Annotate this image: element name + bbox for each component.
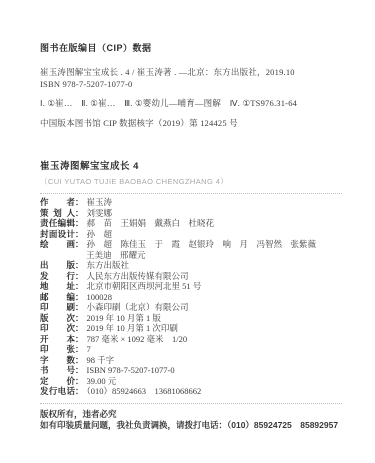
colophon-row-cover-design: 封面设计：孙 超 (40, 229, 342, 240)
field-value: 2019 年 10 月第 1 版 (87, 313, 161, 323)
field-value: 孙 超 陈佳玉 于 霞 赵银玲 响 月 冯智然 张紫薇 (87, 239, 317, 249)
field-label: 发行 (40, 271, 75, 282)
field-value: 2019 年 10 月第 1 次印刷 (87, 323, 178, 333)
field-value: 787 毫米 × 1092 毫米 1/20 (87, 334, 188, 344)
colophon-row-publisher: 出版：东方出版社 (40, 260, 342, 271)
field-value: （010）85924663 13681068662 (87, 386, 202, 396)
label-colon: ： (75, 355, 84, 365)
colophon-row-word-count: 字数：98 千字 (40, 355, 342, 366)
copyright-line: 版权所有，违者必究 (40, 409, 342, 421)
book-title: 崔玉涛图解宝宝成长 4 (40, 158, 342, 172)
field-value: 东方出版社 (87, 260, 130, 270)
field-value: 王美迪 邢耀元 (86, 250, 146, 260)
label-colon: ： (75, 197, 84, 207)
book-title-pinyin: （CUI YUTAO TUJIE BAOBAO CHENGZHANG 4） (40, 176, 342, 187)
field-label: 策划人 (40, 208, 75, 219)
field-label: 印刷 (40, 302, 75, 313)
field-value: 人民东方出版传媒有限公司 (87, 271, 189, 281)
field-value: 100028 (87, 292, 113, 302)
field-value: 98 千字 (87, 355, 115, 365)
colophon-row-sheets: 印张：7 (40, 344, 342, 355)
label-colon: ： (75, 365, 84, 375)
colophon-row-distributor: 发行：人民东方出版传媒有限公司 (40, 271, 342, 282)
field-label: 印次 (40, 323, 75, 334)
page-content: 图书在版编目（CIP）数据 崔玉涛图解宝宝成长 . 4 / 崔玉涛著 . —北京… (0, 0, 375, 432)
colophon-row-format: 开本：787 毫米 × 1092 毫米 1/20 (40, 334, 342, 345)
label-colon: ： (75, 344, 84, 354)
field-label: 作者 (40, 197, 75, 208)
field-value: 刘雯娜 (87, 208, 113, 218)
cip-isbn: ISBN 978-7-5207-1077-0 (40, 78, 342, 90)
field-value: 孙 超 (87, 229, 113, 239)
field-value: 北京市朝阳区西坝河北里 51 号 (87, 281, 202, 291)
colophon-row-printer: 印刷：小森印刷（北京）有限公司 (40, 302, 342, 313)
label-colon: ： (75, 334, 84, 344)
field-label: 开本 (40, 334, 75, 345)
field-label: 书号 (40, 365, 75, 376)
label-colon: ： (75, 281, 84, 291)
colophon-row-postcode: 邮编：100028 (40, 292, 342, 303)
cip-record-number: 中国版本图书馆 CIP 数据核字（2019）第 124425 号 (40, 117, 342, 129)
colophon-row-price: 定价：39.00 元 (40, 376, 342, 387)
label-colon: ： (75, 208, 84, 218)
field-value: 郝 苗 王娟娟 戴燕白 杜晓花 (87, 218, 215, 228)
field-label: 字数 (40, 355, 75, 366)
colophon-row-impression: 印次：2019 年 10 月第 1 次印刷 (40, 323, 342, 334)
field-label: 封面设计 (40, 229, 75, 240)
colophon: 作者：崔玉涛 策划人：刘雯娜 责任编辑：郝 苗 王娟娟 戴燕白 杜晓花 封面设计… (40, 197, 342, 397)
label-colon: ： (75, 313, 84, 323)
field-label: 邮编 (40, 292, 75, 303)
field-value: 39.00 元 (87, 376, 117, 386)
cip-classification: Ⅰ. ①崔… Ⅱ. ①崔… Ⅲ. ①婴幼儿—哺育—图解 Ⅳ. ①TS976.31… (40, 97, 342, 109)
colophon-row-sales-phone: 发行电话：（010）85924663 13681068662 (40, 386, 342, 397)
colophon-row-illustrators: 绘画：孙 超 陈佳玉 于 霞 赵银玲 响 月 冯智然 张紫薇 (40, 239, 342, 250)
label-colon: ： (75, 386, 84, 396)
field-label: 出版 (40, 260, 75, 271)
copyright-page: 图书在版编目（CIP）数据 崔玉涛图解宝宝成长 . 4 / 崔玉涛著 . —北京… (0, 0, 375, 463)
label-colon: ： (75, 229, 84, 239)
colophon-row-author: 作者：崔玉涛 (40, 197, 342, 208)
field-value: 崔玉涛 (87, 197, 113, 207)
colophon-row-book-number: 书号：ISBN 978-7-5207-1077-0 (40, 365, 342, 376)
field-label: 定价 (40, 376, 75, 387)
label-colon: ： (75, 323, 84, 333)
field-label: 版次 (40, 313, 75, 324)
colophon-row-address: 地址：北京市朝阳区西坝河北里 51 号 (40, 281, 342, 292)
label-colon: ： (75, 302, 84, 312)
field-value: 小森印刷（北京）有限公司 (87, 302, 189, 312)
field-label: 地址 (40, 281, 75, 292)
label-colon: ： (75, 239, 84, 249)
colophon-row-editors: 责任编辑：郝 苗 王娟娟 戴燕白 杜晓花 (40, 218, 342, 229)
label-colon: ： (75, 376, 84, 386)
field-value: 7 (87, 344, 91, 354)
field-label: 责任编辑 (40, 218, 75, 229)
field-label: 绘画 (40, 239, 75, 250)
field-label: 印张 (40, 344, 75, 355)
copyright-notice: 版权所有，违者必究 如有印装质量问题，我社负责调换，请拨打电话：（010）859… (40, 409, 342, 432)
quality-exchange-line: 如有印装质量问题，我社负责调换，请拨打电话：（010）85924725 8589… (40, 420, 342, 432)
dotted-divider-bottom (40, 403, 342, 404)
cip-bibliography-line: 崔玉涛图解宝宝成长 . 4 / 崔玉涛著 . —北京：东方出版社，2019.10 (40, 66, 342, 78)
cip-header: 图书在版编目（CIP）数据 (40, 41, 342, 54)
label-colon: ： (75, 260, 84, 270)
field-value: ISBN 978-7-5207-1077-0 (87, 365, 175, 375)
label-colon: ： (75, 292, 84, 302)
colophon-row-planner: 策划人：刘雯娜 (40, 208, 342, 219)
colophon-row-illustrators-cont: 王美迪 邢耀元 (40, 250, 342, 261)
colophon-row-edition: 版次：2019 年 10 月第 1 版 (40, 313, 342, 324)
label-colon: ： (75, 218, 84, 228)
label-colon: ： (75, 271, 84, 281)
field-label: 发行电话 (40, 386, 75, 397)
dotted-divider-top (40, 193, 342, 194)
